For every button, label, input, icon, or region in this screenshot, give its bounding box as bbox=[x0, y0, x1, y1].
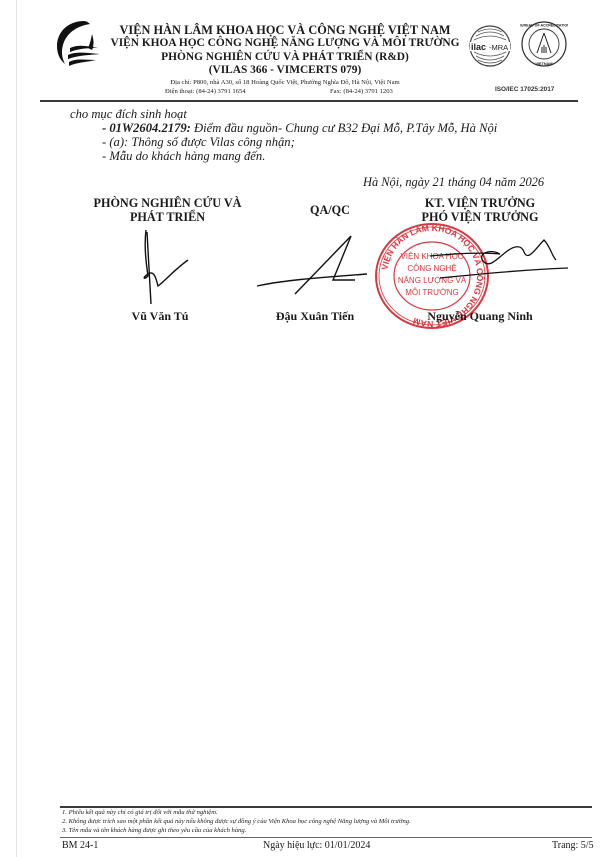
issue-date: Hà Nội, ngày 21 tháng 04 năm 2026 bbox=[363, 175, 544, 190]
rnd-title-line-2: PHÁT TRIỂN bbox=[80, 210, 255, 224]
phone: Điện thoại: (84-24) 3791 1654 bbox=[165, 88, 246, 95]
qa-signatory-title: QA/QC bbox=[290, 203, 370, 217]
effective-date: Ngày hiệu lực: 01/01/2024 bbox=[263, 840, 370, 851]
iso-standard: ISO/IEC 17025:2017 bbox=[495, 86, 554, 93]
svg-text:ilac: ilac bbox=[471, 42, 486, 52]
signature-dau-xuan-tien-icon bbox=[255, 230, 370, 300]
form-code: BM 24-1 bbox=[62, 840, 98, 851]
header-divider bbox=[40, 100, 578, 102]
svg-text:-MRA: -MRA bbox=[489, 43, 508, 52]
footer-divider-2 bbox=[60, 837, 592, 838]
ilac-mra-logo-icon: ilac -MRA bbox=[468, 24, 512, 68]
institute-logo-icon bbox=[54, 18, 106, 70]
sample-code: - 01W2604.2179: bbox=[102, 121, 191, 135]
scan-edge bbox=[16, 0, 17, 857]
rnd-title-line-1: PHÒNG NGHIÊN CỨU VÀ bbox=[80, 196, 255, 210]
academy-name: VIỆN HÀN LÂM KHOA HỌC VÀ CÔNG NGHỆ VIỆT … bbox=[110, 23, 460, 38]
vilas-note: - (a): Thông số được Vilas công nhận; bbox=[102, 135, 295, 150]
rnd-signatory-title: PHÒNG NGHIÊN CỨU VÀ PHÁT TRIỂN bbox=[80, 196, 255, 224]
fax: Fax: (84-24) 3791 1203 bbox=[330, 88, 393, 95]
department-name: PHÒNG NGHIÊN CỨU VÀ PHÁT TRIỂN (R&D) bbox=[110, 51, 460, 63]
page-number: Trang: 5/5 bbox=[552, 840, 594, 851]
svg-text:VIETNAM: VIETNAM bbox=[535, 62, 552, 66]
signer-rnd-name: Vũ Văn Tú bbox=[110, 309, 210, 324]
footer-note-2: 2. Không được trích sao một phần kết quả… bbox=[62, 818, 411, 825]
sample-line: - 01W2604.2179: Điểm đầu nguồn- Chung cư… bbox=[102, 121, 497, 136]
signature-nguyen-quang-ninh-icon bbox=[420, 238, 570, 298]
address: Địa chỉ: P800, nhà A30, số 18 Hoàng Quốc… bbox=[110, 79, 460, 86]
bureau-of-accreditation-logo-icon: BUREAU OF ACCREDITATION VIETNAM bbox=[520, 20, 568, 68]
institute-name: VIỆN KHOA HỌC CÔNG NGHỆ NĂNG LƯỢNG VÀ MÔ… bbox=[110, 37, 460, 49]
footer-divider bbox=[60, 806, 592, 808]
kt-title-line-1: KT. VIỆN TRƯỞNG bbox=[395, 196, 565, 210]
footer-note-1: 1. Phiếu kết quả này chỉ có giá trị đối … bbox=[62, 809, 218, 816]
sample-description: Điểm đầu nguồn- Chung cư B32 Đại Mỗ, P.T… bbox=[191, 121, 497, 135]
purpose-text: cho mục đích sinh hoạt bbox=[70, 107, 187, 122]
sample-source-note: - Mẫu do khách hàng mang đến. bbox=[102, 149, 265, 164]
signer-director-name: Nguyễn Quang Ninh bbox=[420, 309, 540, 324]
signer-qa-name: Đậu Xuân Tiến bbox=[260, 309, 370, 324]
footer-note-3: 3. Tên mẫu và tên khách hàng được ghi th… bbox=[62, 827, 246, 834]
director-signatory-title: KT. VIỆN TRƯỞNG PHÓ VIỆN TRƯỞNG bbox=[395, 196, 565, 224]
accreditation-codes: (VILAS 366 - VIMCERTS 079) bbox=[110, 64, 460, 76]
signature-vu-van-tu-icon bbox=[108, 226, 198, 306]
svg-text:BUREAU OF ACCREDITATION: BUREAU OF ACCREDITATION bbox=[520, 24, 568, 28]
